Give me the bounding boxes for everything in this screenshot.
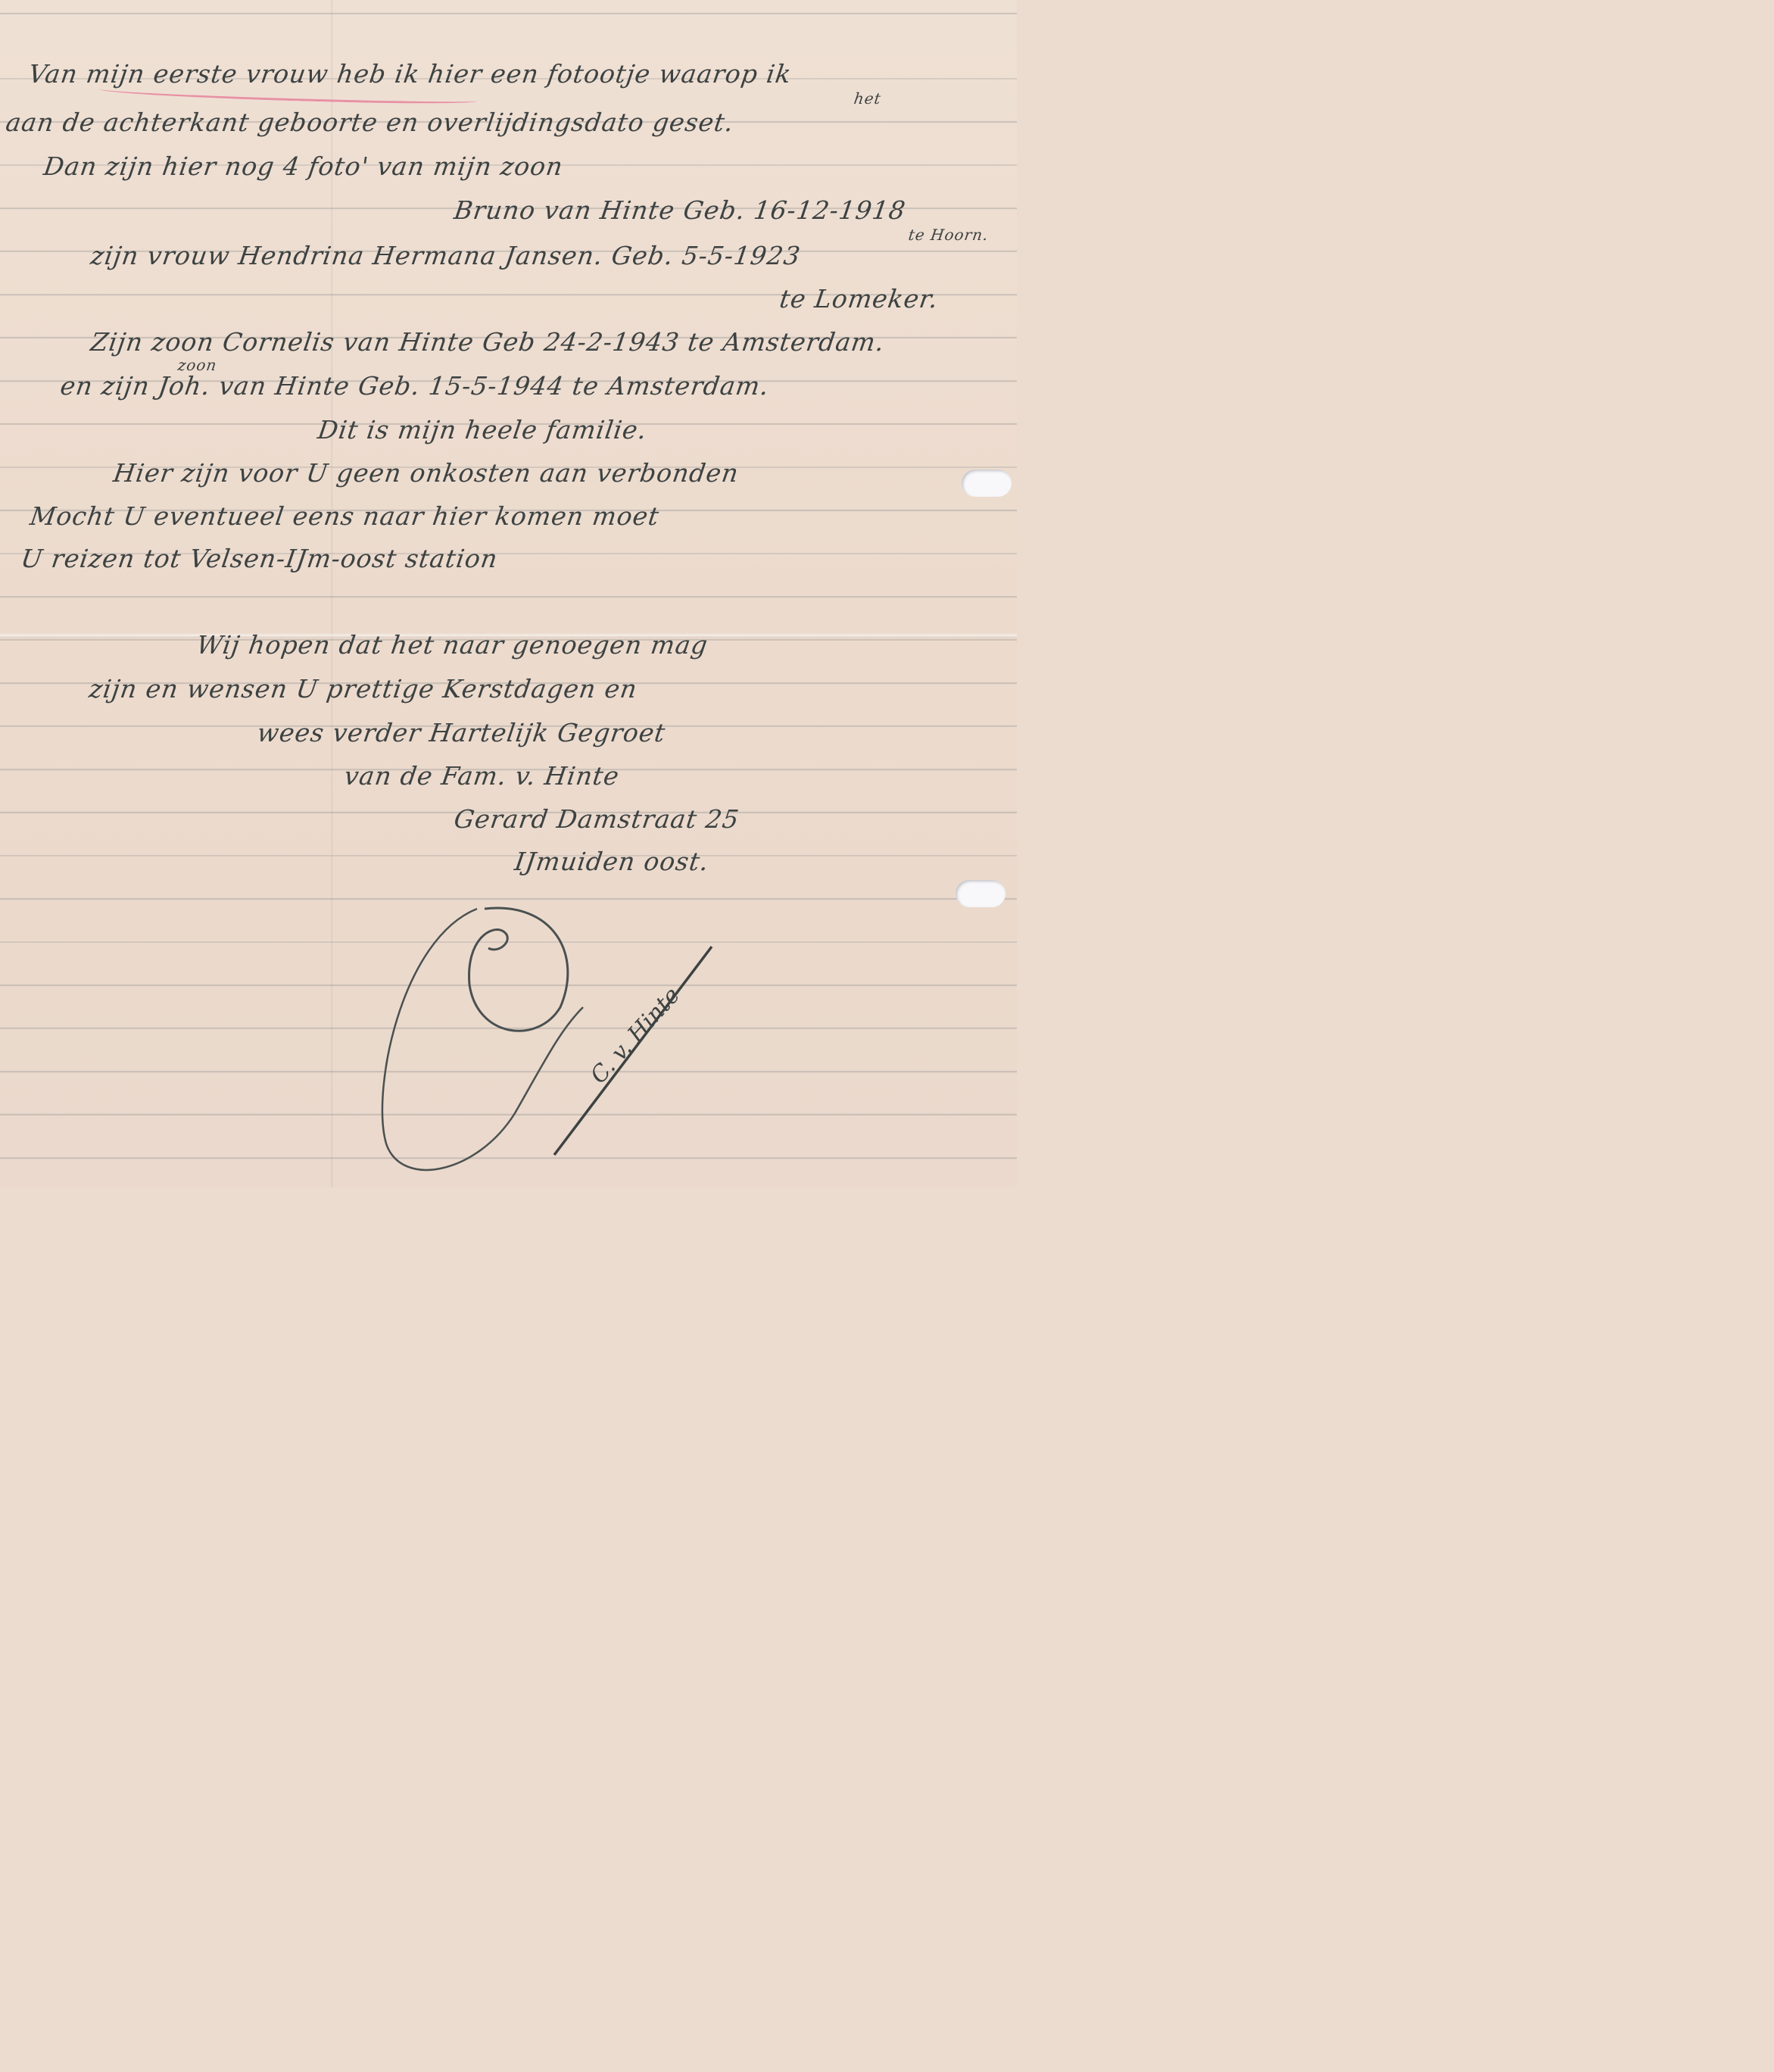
letter-line-1: Van mijn eerste vrouw heb ik hier een fo… (27, 59, 793, 89)
punch-hole-top (962, 470, 1012, 497)
punch-hole-bottom (956, 880, 1005, 907)
letter-line-3: Dan zijn hier nog 4 foto' van mijn zoon (42, 151, 565, 181)
letter-page: Van mijn eerste vrouw heb ik hier een fo… (0, 0, 1017, 1187)
closing-line-2: zijn en wensen U prettige Kerstdagen en (87, 674, 639, 704)
closing-line-6: IJmuiden oost. (513, 847, 711, 876)
letter-line-11: Hier zijn voor U geen onkosten aan verbo… (111, 458, 740, 488)
closing-line-1: Wij hopen dat het naar genoegen mag (195, 630, 709, 660)
closing-line-3: wees verder Hartelijk Gegroet (255, 718, 667, 747)
letter-line-6: zijn vrouw Hendrina Hermana Jansen. Geb.… (89, 241, 803, 270)
letter-line-2: aan de achterkant geboorte en overlijdin… (4, 108, 736, 137)
signature-flourish (356, 894, 734, 1181)
closing-line-4: van de Fam. v. Hinte (342, 761, 621, 791)
letter-line-7: te Lomeker. (778, 284, 940, 314)
letter-line-9: en zijn Joh. van Hinte Geb. 15-5-1944 te… (58, 371, 771, 401)
letter-line-4: Bruno van Hinte Geb. 16-12-1918 (452, 195, 908, 225)
letter-line-12: Mocht U eventueel eens naar hier komen m… (28, 501, 661, 531)
letter-line-13: U reizen tot Velsen-IJm-oost station (19, 544, 500, 573)
letter-line-8: Zijn zoon Cornelis van Hinte Geb 24-2-19… (89, 327, 887, 357)
letter-line-5: te Hoorn. (907, 226, 990, 244)
letter-line-10: Dit is mijn heele familie. (316, 415, 649, 445)
closing-line-5: Gerard Damstraat 25 (452, 804, 741, 834)
insertion-het: het (853, 89, 882, 108)
